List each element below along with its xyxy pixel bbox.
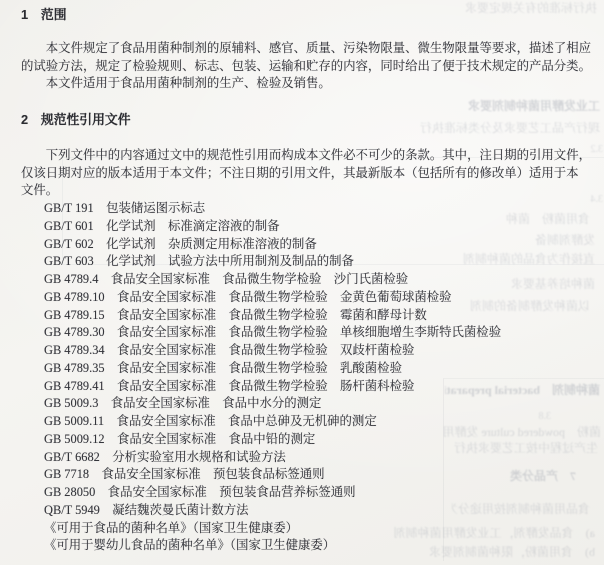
reference-item: 《可用于婴幼儿食品的菌种名单》（国家卫生健康委） xyxy=(44,537,592,555)
paragraph-line: 文件。 xyxy=(21,182,592,200)
reference-item: GB/T 603 化学试剂 试验方法中所用制剂及制品的制备 xyxy=(44,253,592,271)
document-page: 执行标准的有关规定要求 工业发酵用菌种制剂要求 现行产品工艺要求及分类标准执行 … xyxy=(0,0,604,565)
reference-item: 《可用于食品的菌种名单》（国家卫生健康委） xyxy=(44,520,592,538)
reference-item: GB 4789.15 食品安全国家标准 食品微生物学检验 霉菌和酵母计数 xyxy=(44,307,592,325)
normative-paragraph: 下列文件中的内容通过文中的规范性引用而构成本文件必不可少的条款。其中，注日期的引… xyxy=(21,147,592,200)
reference-item: GB/T 191 包装储运图示标志 xyxy=(44,200,592,218)
scope-paragraph: 本文件规定了食品用菌种制剂的原辅料、感官、质量、污染物限量、微生物限量等要求，描… xyxy=(21,40,592,93)
paragraph-line: 仅该日期对应的版本适用于本文件；不注日期的引用文件，其最新版本（包括所有的修改单… xyxy=(21,165,592,183)
reference-item: QB/T 5949 凝结魏茨曼氏菌计数方法 xyxy=(44,502,592,520)
reference-item: GB 7718 食品安全国家标准 预包装食品标签通则 xyxy=(44,466,592,484)
reference-item: GB 4789.4 食品安全国家标准 食品微生物学检验 沙门氏菌检验 xyxy=(44,271,592,289)
reference-item: GB/T 602 化学试剂 杂质测定用标准溶液的制备 xyxy=(44,236,592,254)
reference-item: GB 4789.41 食品安全国家标准 食品微生物学检验 肠杆菌科检验 xyxy=(44,378,592,396)
reference-item: GB 5009.3 食品安全国家标准 食品中水分的测定 xyxy=(44,395,592,413)
reference-item: GB 4789.34 食品安全国家标准 食品微生物学检验 双歧杆菌检验 xyxy=(44,342,592,360)
reference-list: GB/T 191 包装储运图示标志 GB/T 601 化学试剂 标准滴定溶液的制… xyxy=(21,200,592,555)
paragraph-line: 的试验方法，规定了检验规则、标志、包装、运输和贮存的内容，同时给出了便于技术规定… xyxy=(21,58,592,76)
section-1-heading: 1 范围 xyxy=(21,6,592,24)
paragraph-line: 本文件规定了食品用菌种制剂的原辅料、感官、质量、污染物限量、微生物限量等要求，描… xyxy=(21,40,592,58)
reference-item: GB/T 6682 分析实验室用水规格和试验方法 xyxy=(44,449,592,467)
paragraph-line: 下列文件中的内容通过文中的规范性引用而构成本文件必不可少的条款。其中，注日期的引… xyxy=(21,147,592,165)
paragraph-line: 本文件适用于食品用菌种制剂的生产、检验及销售。 xyxy=(21,75,592,93)
reference-item: GB/T 601 化学试剂 标准滴定溶液的制备 xyxy=(44,218,592,236)
reference-item: GB 4789.10 食品安全国家标准 食品微生物学检验 金黄色葡萄球菌检验 xyxy=(44,289,592,307)
reference-item: GB 4789.35 食品安全国家标准 食品微生物学检验 乳酸菌检验 xyxy=(44,360,592,378)
reference-item: GB 28050 食品安全国家标准 预包装食品营养标签通则 xyxy=(44,484,592,502)
section-2-heading: 2 规范性引用文件 xyxy=(21,111,592,129)
document-content: 1 范围 本文件规定了食品用菌种制剂的原辅料、感官、质量、污染物限量、微生物限量… xyxy=(21,6,592,555)
reference-item: GB 4789.30 食品安全国家标准 食品微生物学检验 单核细胞增生李斯特氏菌… xyxy=(44,324,592,342)
reference-item: GB 5009.12 食品安全国家标准 食品中铅的测定 xyxy=(44,431,592,449)
reference-item: GB 5009.11 食品安全国家标准 食品中总砷及无机砷的测定 xyxy=(44,413,592,431)
